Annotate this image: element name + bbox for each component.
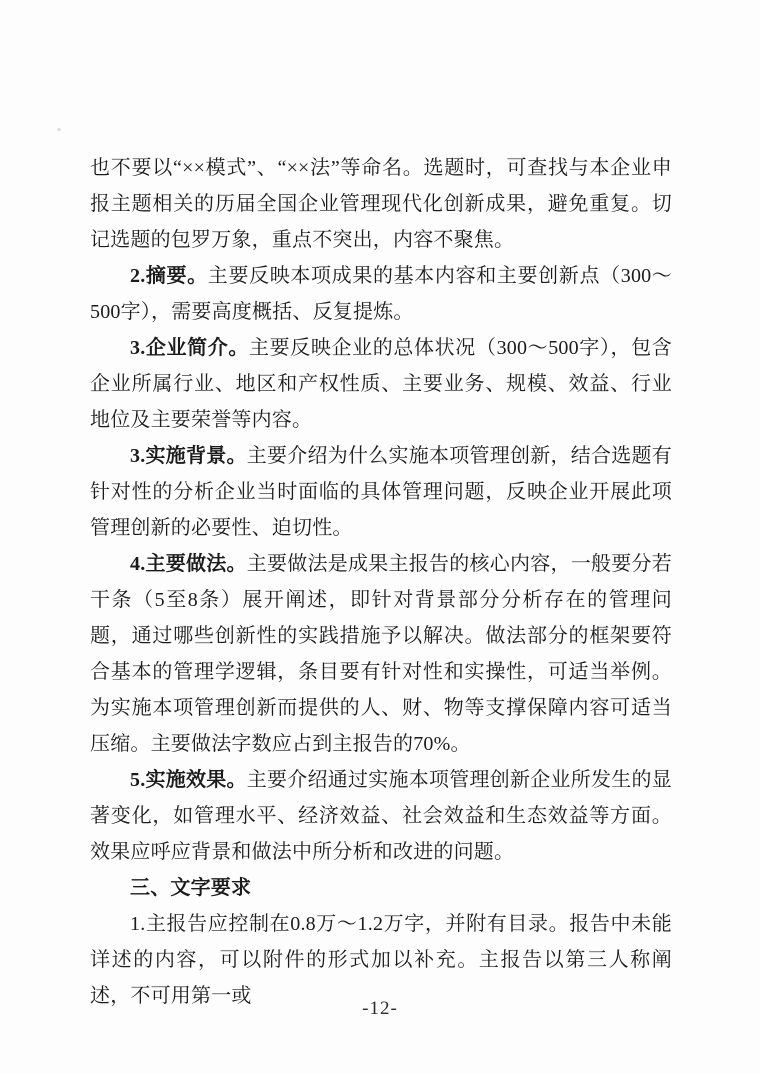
paragraph-implementation-results: 5.实施效果。主要介绍通过实施本项管理创新企业所发生的显著变化，如管理水平、经济…: [90, 762, 672, 870]
paragraph-label: 3.企业简介。: [130, 337, 249, 359]
paragraph-implementation-background: 3.实施背景。主要介绍为什么实施本项管理创新，结合选题有针对性的分析企业当时面临…: [90, 438, 672, 546]
scan-artifact: [57, 128, 61, 131]
paragraph-company-profile: 3.企业简介。主要反映企业的总体状况（300～500字），包含企业所属行业、地区…: [90, 330, 672, 438]
paragraph-text: 也不要以“××模式”、“××法”等命名。选题时，可查找与本企业申报主题相关的历届…: [90, 157, 672, 251]
paragraph-label: 4.主要做法。: [130, 553, 247, 575]
paragraph-label: 2.摘要。: [130, 265, 208, 287]
page-body-text: 也不要以“××模式”、“××法”等命名。选题时，可查找与本企业申报主题相关的历届…: [90, 150, 672, 1014]
paragraph-main-practices: 4.主要做法。主要做法是成果主报告的核心内容，一般要分若干条（5至8条）展开阐述…: [90, 546, 672, 762]
section-heading-text-requirements: 三、文字要求: [90, 870, 672, 906]
paragraph-label: 5.实施效果。: [130, 769, 247, 791]
paragraph-text: 主要做法是成果主报告的核心内容，一般要分若干条（5至8条）展开阐述，即针对背景部…: [90, 553, 672, 755]
paragraph-abstract: 2.摘要。主要反映本项成果的基本内容和主要创新点（300～500字），需要高度概…: [90, 258, 672, 330]
document-page: 也不要以“××模式”、“××法”等命名。选题时，可查找与本企业申报主题相关的历届…: [0, 0, 760, 1074]
page-number: -12-: [0, 998, 760, 1020]
paragraph-text: 1.主报告应控制在0.8万～1.2万字，并附有目录。报告中未能详述的内容，可以附…: [90, 913, 672, 1007]
paragraph-continuation: 也不要以“××模式”、“××法”等命名。选题时，可查找与本企业申报主题相关的历届…: [90, 150, 672, 258]
section-heading-label: 三、文字要求: [130, 877, 251, 899]
paragraph-label: 3.实施背景。: [130, 445, 247, 467]
